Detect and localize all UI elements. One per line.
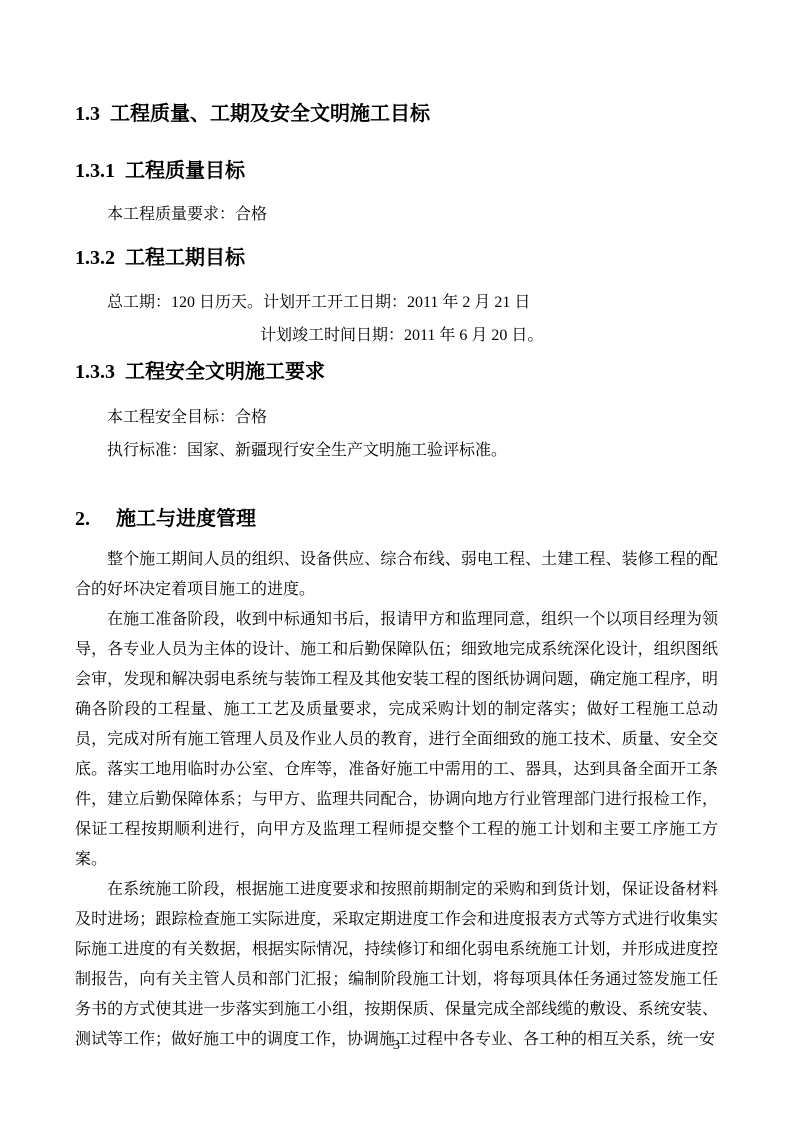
heading-1-3-2-number: 1.3.2: [75, 247, 115, 269]
safety-target-line: 本工程安全目标：合格: [75, 401, 718, 434]
heading-1-3-title: 工程质量、工期及安全文明施工目标: [110, 103, 430, 125]
heading-1-3-3: 1.3.3工程安全文明施工要求: [75, 358, 718, 386]
document-page: 1.3工程质量、工期及安全文明施工目标 1.3.1工程质量目标 本工程质量要求：…: [0, 0, 793, 1122]
construction-paragraph-1: 整个施工期间人员的组织、设备供应、综合布线、弱电工程、土建工程、装修工程的配合的…: [75, 545, 718, 605]
document-content: 1.3工程质量、工期及安全文明施工目标 1.3.1工程质量目标 本工程质量要求：…: [0, 100, 793, 1055]
duration-finish-date-line: 计划竣工时间日期：2011 年 6 月 20 日。: [75, 319, 718, 352]
quality-requirement-line: 本工程质量要求：合格: [75, 200, 718, 230]
heading-2-title: 施工与进度管理: [116, 508, 256, 530]
heading-1-3-number: 1.3: [75, 103, 100, 125]
duration-start-date-line: 总工期：120 日历天。计划开工开工日期：2011 年 2 月 21 日: [75, 286, 718, 319]
heading-1-3-1: 1.3.1工程质量目标: [75, 157, 718, 185]
heading-2: 2.施工与进度管理: [75, 505, 718, 533]
heading-1-3-2-title: 工程工期目标: [125, 247, 245, 269]
heading-1-3-3-title: 工程安全文明施工要求: [125, 361, 325, 383]
heading-1-3-3-number: 1.3.3: [75, 361, 115, 383]
heading-1-3-1-number: 1.3.1: [75, 160, 115, 182]
page-number: 3: [0, 1036, 793, 1056]
safety-standard-line: 执行标准：国家、新疆现行安全生产文明施工验评标准。: [75, 434, 718, 467]
heading-1-3-1-title: 工程质量目标: [125, 160, 245, 182]
construction-paragraph-3: 在系统施工阶段，根据施工进度要求和按照前期制定的采购和到货计划，保证设备材料及时…: [75, 875, 718, 1055]
construction-paragraph-2: 在施工准备阶段，收到中标通知书后，报请甲方和监理同意，组织一个以项目经理为领导，…: [75, 605, 718, 875]
heading-1-3: 1.3工程质量、工期及安全文明施工目标: [75, 100, 718, 128]
heading-1-3-2: 1.3.2工程工期目标: [75, 244, 718, 272]
heading-2-number: 2.: [75, 508, 90, 530]
